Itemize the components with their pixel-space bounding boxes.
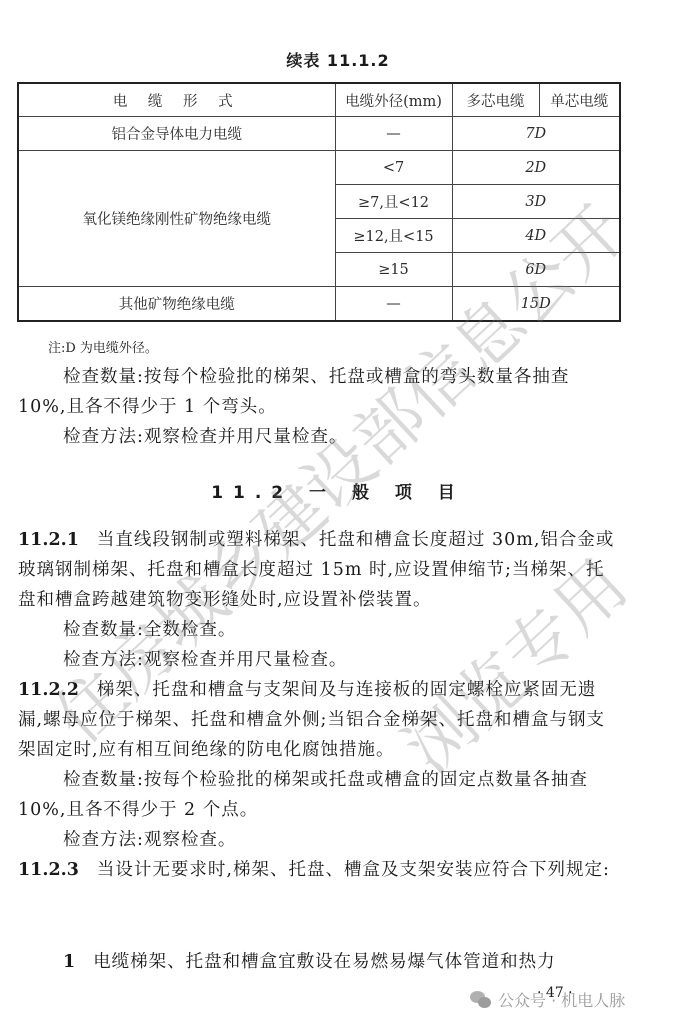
cell-diameter: —: [335, 287, 452, 322]
table-header-row: 电 缆 形 式 电缆外径(mm) 多芯电缆 单芯电缆: [18, 83, 620, 117]
clause-11-2-2: 11.2.2梯架、托盘和槽盒与支架间及与连接板的固定螺栓应紧固无遗漏,螺母应位于…: [18, 675, 618, 765]
clause-11-2-1: 11.2.1当直线段钢制或塑料梯架、托盘和槽盒长度超过 30m,铝合金或玻璃钢制…: [18, 525, 618, 615]
table-row: 铝合金导体电力电缆 — 7D: [18, 117, 620, 151]
cell-radius: 3D: [452, 185, 620, 219]
table-note: 注:D 为电缆外径。: [48, 337, 158, 356]
table-row: 其他矿物绝缘电缆 — 15D: [18, 287, 620, 322]
cell-diameter: ≥15: [335, 253, 452, 287]
clause-11-2-2-method: 检查方法:观察检查。: [18, 825, 618, 855]
page-number: · 47 ·: [537, 985, 573, 1001]
clause-11-2-2-quantity: 检查数量:按每个检验批的梯架或托盘或槽盒的固定点数量各抽查 10%,且各不得少于…: [18, 765, 618, 825]
cell-radius: 6D: [452, 253, 620, 287]
header-cable-type: 电 缆 形 式: [18, 83, 335, 117]
cell-type: 氧化镁绝缘刚性矿物绝缘电缆: [18, 151, 335, 287]
clause-number: 11.2.3: [18, 860, 79, 880]
cell-type: 铝合金导体电力电缆: [18, 117, 335, 151]
clause-11-2-1-method: 检查方法:观察检查并用尺量检查。: [18, 645, 618, 675]
header-outer-diameter: 电缆外径(mm): [335, 83, 452, 117]
clause-text: 梯架、托盘和槽盒与支架间及与连接板的固定螺栓应紧固无遗漏,螺母应位于梯架、托盘和…: [18, 680, 605, 760]
cell-radius: 2D: [452, 151, 620, 185]
inspection-quantity-text: 检查数量:按每个检验批的梯架、托盘或槽盒的弯头数量各抽查 10%,且各不得少于 …: [18, 362, 618, 422]
clause-text: 当直线段钢制或塑料梯架、托盘和槽盒长度超过 30m,铝合金或玻璃钢制梯架、托盘和…: [18, 530, 614, 610]
table-row: 氧化镁绝缘刚性矿物绝缘电缆 <7 2D: [18, 151, 620, 185]
cell-diameter: ≥7,且<12: [335, 185, 452, 219]
clause-number: 11.2.2: [18, 680, 79, 700]
cell-diameter: <7: [335, 151, 452, 185]
document-page: 续表 11.1.2 电 缆 形 式 电缆外径(mm) 多芯电缆 单芯电缆 铝合金…: [0, 0, 676, 1029]
section-heading: 11.2 一 般 项 目: [0, 478, 676, 503]
header-multicore: 多芯电缆: [452, 83, 539, 117]
item-text: 电缆梯架、托盘和槽盒宜敷设在易燃易爆气体管道和热力: [93, 952, 556, 972]
cell-radius: 7D: [452, 117, 620, 151]
cell-radius: 4D: [452, 219, 620, 253]
cell-diameter: ≥12,且<15: [335, 219, 452, 253]
item-number: 1: [63, 952, 75, 972]
clause-text: 当设计无要求时,梯架、托盘、槽盒及支架安装应符合下列规定:: [97, 860, 610, 880]
cell-diameter: —: [335, 117, 452, 151]
clause-11-2-3: 11.2.3当设计无要求时,梯架、托盘、槽盒及支架安装应符合下列规定:: [18, 855, 618, 885]
clause-number: 11.2.1: [18, 530, 79, 550]
header-singlecore: 单芯电缆: [539, 83, 620, 117]
inspection-method-text: 检查方法:观察检查并用尺量检查。: [18, 422, 618, 452]
clause-11-2-1-quantity: 检查数量:全数检查。: [18, 615, 618, 645]
list-item-1: 1电缆梯架、托盘和槽盒宜敷设在易燃易爆气体管道和热力: [18, 947, 618, 977]
cell-radius: 15D: [452, 287, 620, 322]
bend-radius-table: 电 缆 形 式 电缆外径(mm) 多芯电缆 单芯电缆 铝合金导体电力电缆 — 7…: [17, 82, 621, 322]
cell-type: 其他矿物绝缘电缆: [18, 287, 335, 322]
table-title: 续表 11.1.2: [0, 48, 676, 71]
wechat-icon: [470, 991, 492, 1009]
